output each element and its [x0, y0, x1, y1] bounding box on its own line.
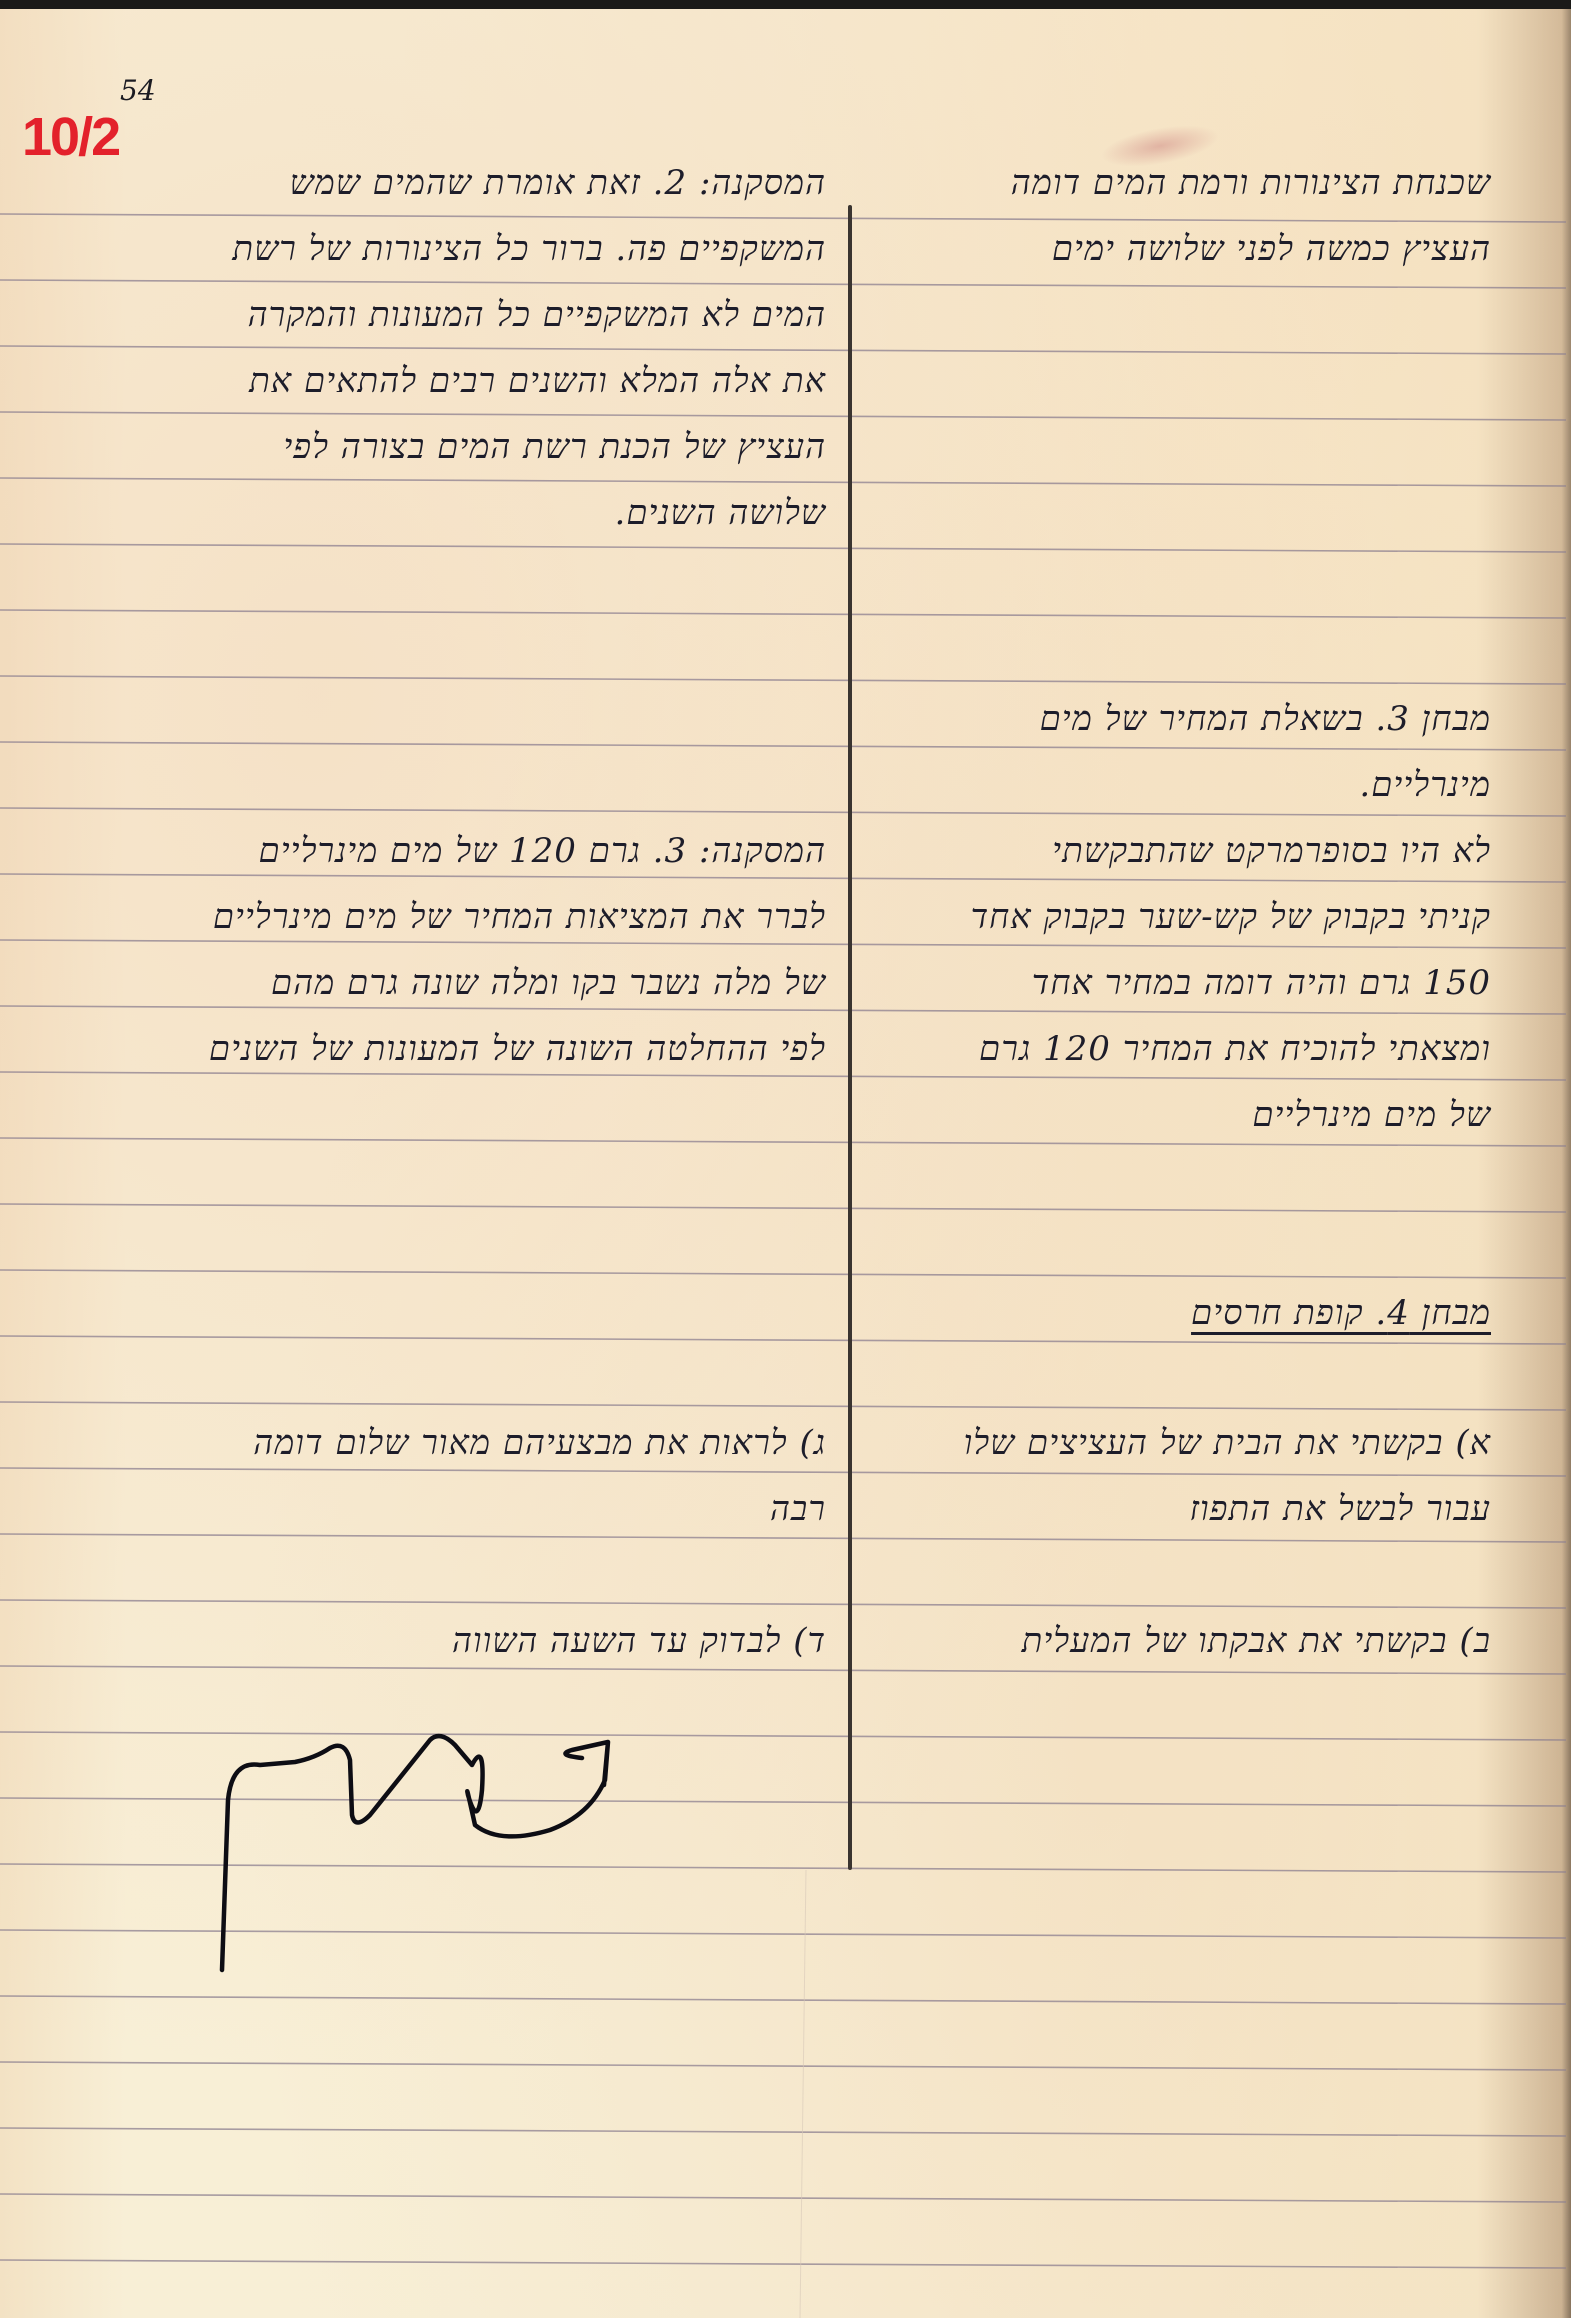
- item-marker: ב): [1459, 1621, 1491, 1661]
- signature-icon: [200, 1720, 660, 2020]
- test-3-heading: מבחן 3. בשאלת המחיר של מים מינרליים.: [811, 686, 1491, 818]
- test-3-body: לא היו בסופרמרקט שהתבקשתי קניתי בקבוק של…: [811, 818, 1491, 1148]
- handwritten-line: המים לא המשקפיים כל המעונות והמקרה: [36, 282, 826, 348]
- handwritten-line: העציץ של הכנת רשת המים בצורה לפי: [36, 414, 826, 480]
- handwritten-line: ומצאתי להוכיח את המחיר 120 גרם: [811, 1016, 1491, 1082]
- handwritten-line: המשקפיים פה. ברור כל הצינורות של רשת: [36, 216, 826, 282]
- handwritten-line: בקשתי את אבקתו של המעלית: [1022, 1621, 1448, 1661]
- handwritten-line: רבה: [36, 1476, 826, 1542]
- handwritten-line: שלושה השנים.: [36, 480, 826, 546]
- handwritten-line: שכנחת הצינורות ורמת המים דומה: [811, 150, 1491, 216]
- conclusion-3-title: המסקנה: 3. גרם 120 של מים מינרליים: [36, 818, 826, 884]
- handwritten-line: של מים מינרליים: [811, 1082, 1491, 1148]
- handwritten-line: לבדוק עד השעה השווה: [452, 1621, 781, 1661]
- handwritten-line: לברר את המציאות המחיר של מים מינרליים: [36, 884, 826, 950]
- left-item-d: ד) לבדוק עד השעה השווה: [36, 1608, 826, 1674]
- conclusion-2: המסקנה: 2. זאת אומרת שהמים שמש המשקפיים …: [36, 150, 826, 546]
- conclusion-2-title: המסקנה: 2. זאת אומרת שהמים שמש: [36, 150, 826, 216]
- handwritten-line: של מלה נשבר בקו ומלה שונה גרם מהם: [36, 950, 826, 1016]
- test-4-item-a: א) בקשתי את הבית של העציצים שלו עבור לבש…: [811, 1410, 1491, 1542]
- item-marker: ג): [800, 1423, 827, 1463]
- right-block-1: שכנחת הצינורות ורמת המים דומה העציץ כמשה…: [811, 150, 1491, 282]
- left-item-c: ג) לראות את מבצעיהם מאור שלום דומה רבה: [36, 1410, 826, 1542]
- handwritten-line: לפי ההחלטה השונה של המעונות של השנים: [36, 1016, 826, 1082]
- handwritten-line: את אלה המלא והשנים רבים להתאים את: [36, 348, 826, 414]
- handwritten-line: 150 גרם והיה דומה במחיר אחד: [811, 950, 1491, 1016]
- handwritten-line: לא היו בסופרמרקט שהתבקשתי: [811, 818, 1491, 884]
- handwritten-line: העציץ כמשה לפני שלושה ימים: [811, 216, 1491, 282]
- item-marker: א): [1455, 1423, 1491, 1463]
- handwritten-line: מינרליים.: [811, 752, 1491, 818]
- test-3-title: מבחן 3. בשאלת המחיר של מים: [811, 686, 1491, 752]
- handwritten-line: עבור לבשל את התפוז: [811, 1476, 1491, 1542]
- handwritten-line: לראות את מבצעיהם מאור שלום דומה: [253, 1423, 787, 1463]
- handwritten-line: בקשתי את הבית של העציצים שלו: [964, 1423, 1444, 1463]
- test-4-heading: מבחן 4. קופת חרסים: [811, 1280, 1491, 1346]
- conclusion-3: המסקנה: 3. גרם 120 של מים מינרליים לברר …: [36, 818, 826, 1082]
- test-4-title: מבחן 4. קופת חרסים: [811, 1280, 1491, 1346]
- item-marker: ד): [793, 1621, 826, 1661]
- handwritten-line: קניתי בקבוק של קש-שער בקבוק אחד: [811, 884, 1491, 950]
- test-4-item-b: ב) בקשתי את אבקתו של המעלית: [811, 1608, 1491, 1674]
- page-number: 54: [120, 74, 156, 107]
